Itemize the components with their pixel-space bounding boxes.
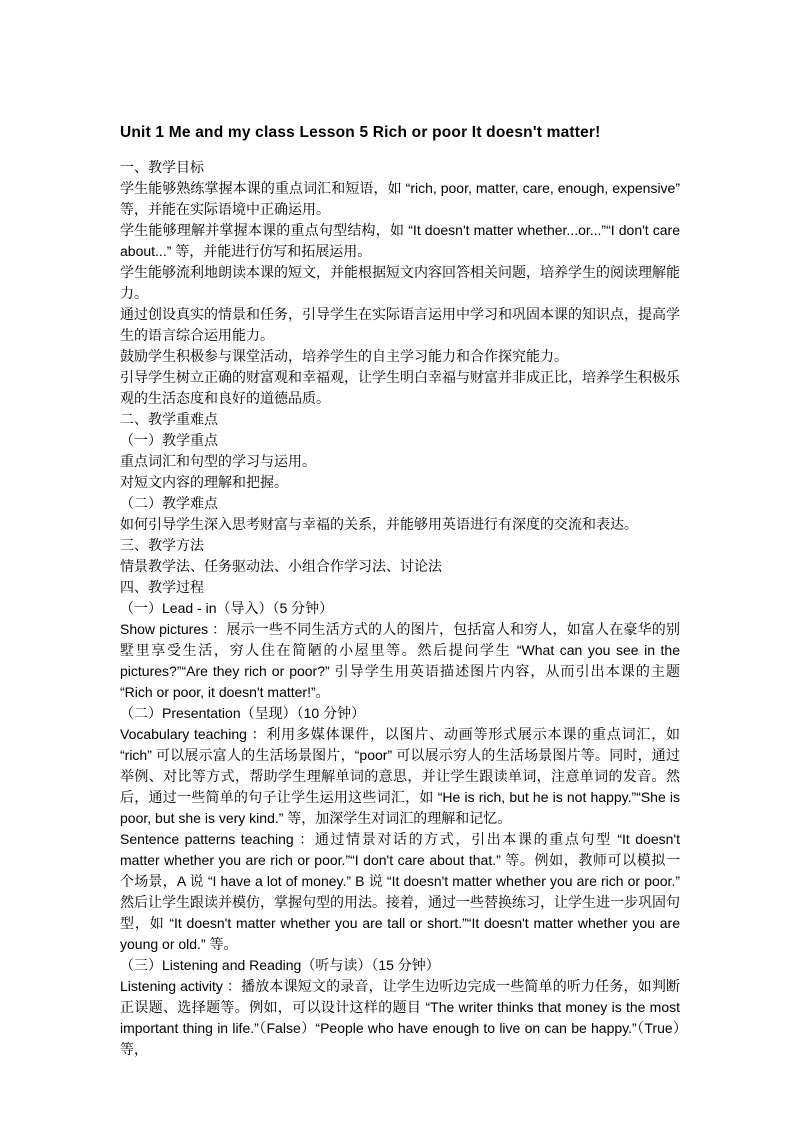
paragraph: 一、教学目标 xyxy=(120,157,680,178)
document-page: Unit 1 Me and my class Lesson 5 Rich or … xyxy=(0,0,794,1123)
paragraph: 鼓励学生积极参与课堂活动，培养学生的自主学习能力和合作探究能力。 xyxy=(120,346,680,367)
paragraph: Sentence patterns teaching ：通过情景对话的方式，引出… xyxy=(120,829,680,955)
paragraph: 如何引导学生深入思考财富与幸福的关系，并能够用英语进行有深度的交流和表达。 xyxy=(120,514,680,535)
paragraph: 对短文内容的理解和把握。 xyxy=(120,472,680,493)
paragraph: Show pictures ：展示一些不同生活方式的人的图片，包括富人和穷人，如… xyxy=(120,619,680,703)
paragraph: （一）教学重点 xyxy=(120,430,680,451)
paragraph: （一）Lead - in（导入）（5 分钟） xyxy=(120,598,680,619)
paragraph: 二、教学重难点 xyxy=(120,409,680,430)
paragraph: 四、教学过程 xyxy=(120,577,680,598)
paragraph: （三）Listening and Reading（听与读）（15 分钟） xyxy=(120,955,680,976)
paragraph: Listening activity ：播放本课短文的录音，让学生边听边完成一些… xyxy=(120,976,680,1060)
paragraph: 三、教学方法 xyxy=(120,535,680,556)
paragraph: 学生能够流利地朗读本课的短文，并能根据短文内容回答相关问题，培养学生的阅读理解能… xyxy=(120,262,680,304)
paragraph: 学生能够熟练掌握本课的重点词汇和短语，如 “rich, poor, matter… xyxy=(120,178,680,220)
paragraph: 情景教学法、任务驱动法、小组合作学习法、讨论法 xyxy=(120,556,680,577)
paragraph: 重点词汇和句型的学习与运用。 xyxy=(120,451,680,472)
paragraph: （二）Presentation（呈现）（10 分钟） xyxy=(120,703,680,724)
document-body: 一、教学目标学生能够熟练掌握本课的重点词汇和短语，如 “rich, poor, … xyxy=(120,157,680,1060)
paragraph: 学生能够理解并掌握本课的重点句型结构，如 “It doesn't matter … xyxy=(120,220,680,262)
paragraph: Vocabulary teaching ：利用多媒体课件，以图片、动画等形式展示… xyxy=(120,724,680,829)
paragraph: （二）教学难点 xyxy=(120,493,680,514)
paragraph: 通过创设真实的情景和任务，引导学生在实际语言运用中学习和巩固本课的知识点，提高学… xyxy=(120,304,680,346)
document-title: Unit 1 Me and my class Lesson 5 Rich or … xyxy=(120,122,680,143)
paragraph: 引导学生树立正确的财富观和幸福观，让学生明白幸福与财富并非成正比，培养学生积极乐… xyxy=(120,367,680,409)
